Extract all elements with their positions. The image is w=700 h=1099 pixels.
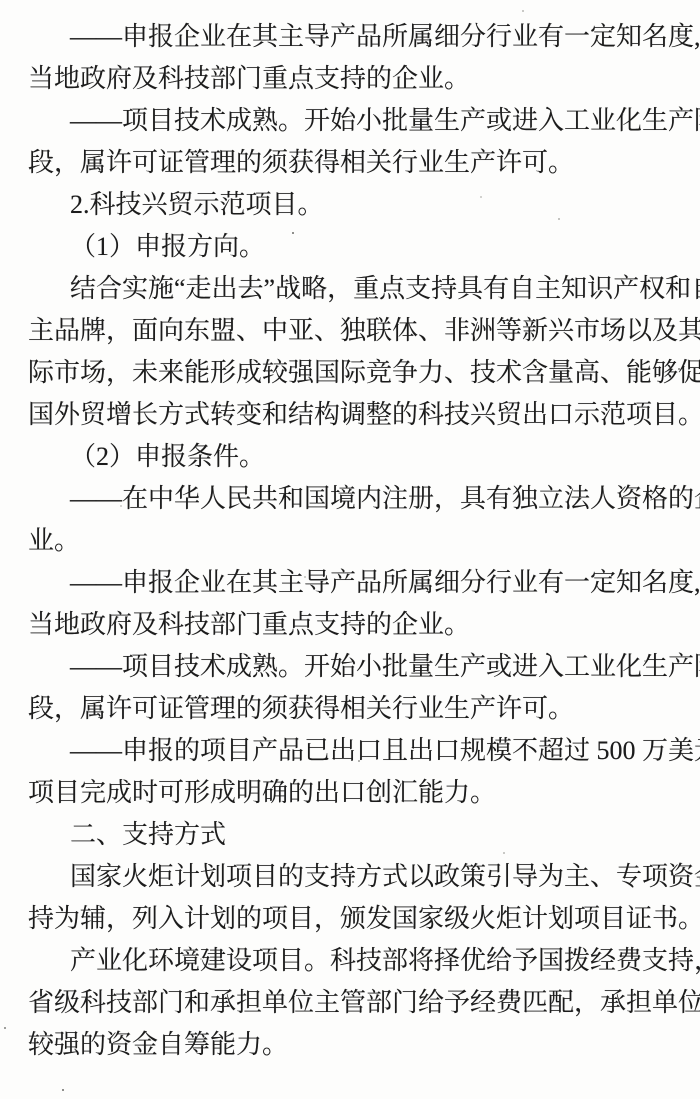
text-line: 际市场，未来能形成较强国际竞争力、技术含量高、能够促进我 <box>28 352 692 394</box>
scanned-document-page: ——申报企业在其主导产品所属细分行业有一定知名度,属 当地政府及科技部门重点支持… <box>0 0 700 1099</box>
text-line: （1）申报方向。 <box>28 226 692 268</box>
text-line: ——申报的项目产品已出口且出口规模不超过 500 万美元; <box>28 730 692 772</box>
text-line: 产业化环境建设项目。科技部将择优给予国拨经费支持，各 <box>28 940 692 982</box>
text-line: （2）申报条件。 <box>28 436 692 478</box>
text-line: 国家火炬计划项目的支持方式以政策引导为主、专项资金支 <box>28 856 692 898</box>
text-line: 较强的资金自筹能力。 <box>28 1024 692 1066</box>
text-line: 当地政府及科技部门重点支持的企业。 <box>28 58 692 100</box>
text-line: ——在中华人民共和国境内注册，具有独立法人资格的企 <box>28 478 692 520</box>
text-line: 段，属许可证管理的须获得相关行业生产许可。 <box>28 142 692 184</box>
text-line: 主品牌，面向东盟、中亚、独联体、非洲等新兴市场以及其他国 <box>28 310 692 352</box>
text-line: ——项目技术成熟。开始小批量生产或进入工业化生产阶 <box>28 100 692 142</box>
text-line: 项目完成时可形成明确的出口创汇能力。 <box>28 772 692 814</box>
text-line: 业。 <box>28 520 692 562</box>
text-line: 持为辅，列入计划的项目，颁发国家级火炬计划项目证书。 <box>28 898 692 940</box>
text-line: 当地政府及科技部门重点支持的企业。 <box>28 604 692 646</box>
text-line: ——申报企业在其主导产品所属细分行业有一定知名度,属 <box>28 16 692 58</box>
text-line: 结合实施“走出去”战略，重点支持具有自主知识产权和自 <box>28 268 692 310</box>
text-line: 国外贸增长方式转变和结构调整的科技兴贸出口示范项目。 <box>28 394 692 436</box>
text-line: ——项目技术成熟。开始小批量生产或进入工业化生产阶 <box>28 646 692 688</box>
text-line: 省级科技部门和承担单位主管部门给予经费匹配，承担单位应有 <box>28 982 692 1024</box>
document-text-block: ——申报企业在其主导产品所属细分行业有一定知名度,属 当地政府及科技部门重点支持… <box>28 16 692 1066</box>
text-line: 段，属许可证管理的须获得相关行业生产许可。 <box>28 688 692 730</box>
text-line: 二、支持方式 <box>28 814 692 856</box>
scan-noise-layer <box>0 0 2 2</box>
text-line: 2.科技兴贸示范项目。 <box>28 184 692 226</box>
text-line: ——申报企业在其主导产品所属细分行业有一定知名度,属 <box>28 562 692 604</box>
